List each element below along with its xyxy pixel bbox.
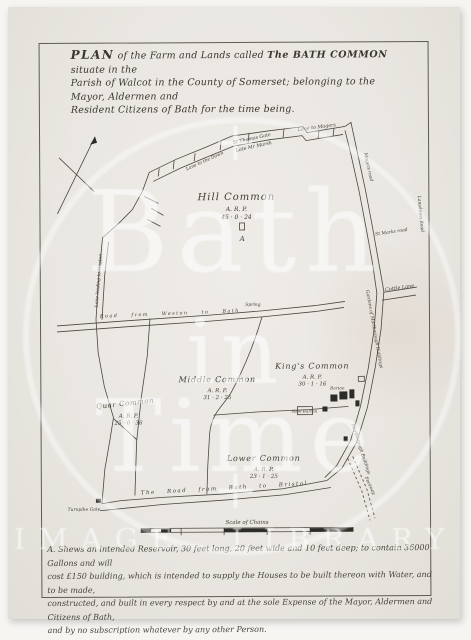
barton-label: Barton xyxy=(329,385,345,390)
hill-common-label: Hill Common xyxy=(197,192,276,203)
st-marks-road-label: St Marks road xyxy=(375,227,408,238)
kings-common-arp: A. R. P. xyxy=(302,375,323,381)
turnpike-building xyxy=(96,499,101,503)
reservoir-note: A. Shews an intended Reservoir, 30 feet … xyxy=(47,541,439,638)
middle-common-arp: A. R. P. xyxy=(207,388,228,394)
compass-lines xyxy=(57,137,95,214)
reservoir-marker-square xyxy=(239,223,244,230)
footway-label: Footway xyxy=(363,475,377,496)
small-building-outline xyxy=(358,376,364,381)
lansdown-road-label: Lansdown Road xyxy=(416,195,425,233)
mogers-road-label: Mogers road xyxy=(362,151,374,182)
middle-common-label: Middle Common xyxy=(178,375,256,384)
lower-common-arp: A. R. P. xyxy=(253,467,274,473)
note-line-2: cost £150 building, which is intended to… xyxy=(47,568,439,597)
engraved-plate: PLAN of the Farm and Lands called The BA… xyxy=(0,0,471,640)
small-parcel-marks xyxy=(144,196,163,226)
kings-common-area: 30 · 1 · 16 xyxy=(298,382,327,388)
scale-caption: Scale of Chains xyxy=(225,520,268,526)
cottle-lane-label: Cottle Lane xyxy=(385,283,415,293)
roadside-building xyxy=(322,407,327,412)
compass-arrowhead xyxy=(90,137,97,145)
barton-building xyxy=(330,394,337,401)
photo-backdrop: { "colors":{"paper":"#eae7e2","ink":"#45… xyxy=(0,0,471,640)
scale-bar-fill xyxy=(161,529,171,533)
lane-to-mogers-label: Lane to Mogers xyxy=(296,122,336,133)
quar-common-label: Quar Common xyxy=(96,396,155,410)
new-barton-label: New Barton xyxy=(291,409,318,414)
quar-middle-boundary xyxy=(134,318,151,495)
note-line-3: constructed, and built in every respect … xyxy=(47,595,439,624)
hill-common-area: 45 · 0 · 24 xyxy=(220,214,252,221)
weston-lane-label: Lane leading to Weston xyxy=(94,254,104,309)
note-line-1: A. Shews an intended Reservoir, 30 feet … xyxy=(47,541,439,570)
note-line-4: and by no subscription whatever by any o… xyxy=(48,622,440,638)
strip-ticks xyxy=(158,128,334,176)
middle-common-area: 31 · 2 · 25 xyxy=(203,395,232,401)
lower-common-area: 23 · 1 · 25 xyxy=(249,474,279,480)
turnpike-gate-label: Turnpike Gate xyxy=(68,507,101,513)
quar-common-arp: A. R. P. xyxy=(118,414,139,420)
roadside-building xyxy=(344,436,348,441)
roadside-building xyxy=(355,400,359,406)
quar-common-area: 25 · 0 · 36 xyxy=(114,420,144,426)
scale-bar-fill xyxy=(141,529,151,533)
kings-lower-boundary xyxy=(213,406,348,415)
scale-bar-fill xyxy=(310,528,353,532)
spring-label: Spring xyxy=(245,302,260,308)
barton-building xyxy=(349,389,354,398)
left-lane-inner xyxy=(102,242,109,320)
lower-common-label: Lower Common xyxy=(226,454,301,463)
barton-building xyxy=(339,391,347,399)
kings-common-label: King's Common xyxy=(274,361,349,370)
reservoir-marker-letter: A xyxy=(239,235,246,243)
scale-bar-fill xyxy=(224,528,267,532)
hill-common-arp: A. R. P. xyxy=(225,206,248,213)
